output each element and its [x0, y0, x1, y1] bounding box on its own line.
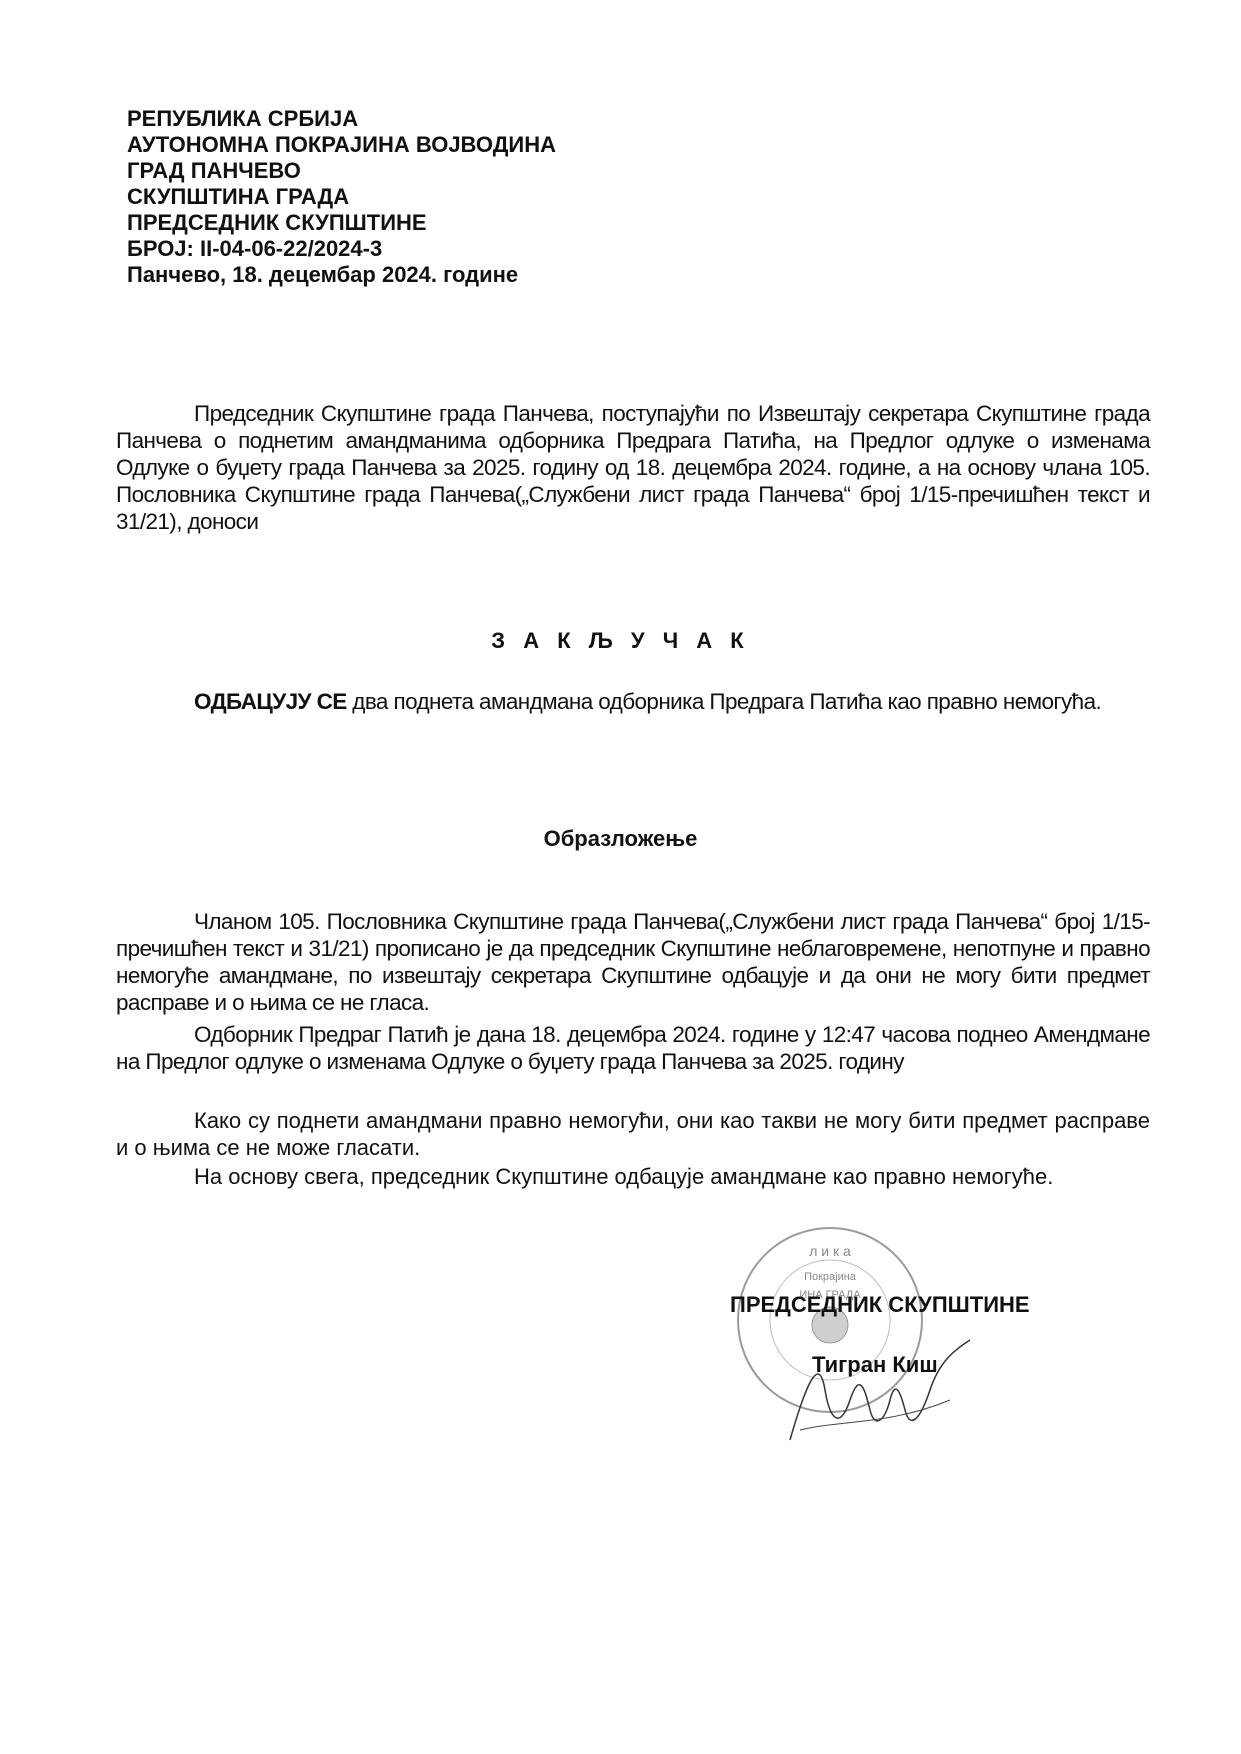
svg-text:Покрајина: Покрајина — [804, 1271, 857, 1283]
reasoning-paragraph-4: На основу свега, председник Скупштине од… — [116, 1163, 1150, 1190]
handwritten-signature-icon — [780, 1330, 980, 1450]
document-header: РЕПУБЛИКА СРБИЈА АУТОНОМНА ПОКРАЈИНА ВОЈ… — [127, 106, 556, 288]
header-line-number: БРОЈ: II-04-06-22/2024-3 — [127, 236, 556, 262]
conclusion-paragraph: ОДБАЦУЈУ СЕ два поднета амандмана одборн… — [116, 688, 1150, 715]
header-line-president: ПРЕДСЕДНИК СКУПШТИНЕ — [127, 210, 556, 236]
header-line-province: АУТОНОМНА ПОКРАЈИНА ВОЈВОДИНА — [127, 132, 556, 158]
svg-text:л и к а: л и к а — [809, 1243, 851, 1259]
conclusion-text: два поднета амандмана одборника Предрага… — [347, 689, 1101, 714]
reasoning-paragraph-1: Чланом 105. Пословника Скупштине града П… — [116, 908, 1150, 1016]
header-line-date: Панчево, 18. децембар 2024. године — [127, 262, 556, 288]
conclusion-title: З А К Љ У Ч А К — [0, 628, 1241, 654]
signature-role: ПРЕДСЕДНИК СКУПШТИНЕ — [730, 1292, 1030, 1318]
reasoning-paragraph-3: Како су поднети амандмани правно немогућ… — [116, 1107, 1150, 1161]
reasoning-paragraph-2: Одборник Предраг Патић је дана 18. децем… — [116, 1021, 1150, 1075]
header-line-city: ГРАД ПАНЧЕВО — [127, 158, 556, 184]
header-line-country: РЕПУБЛИКА СРБИЈА — [127, 106, 556, 132]
intro-paragraph: Председник Скупштине града Панчева, пост… — [116, 400, 1150, 535]
reasoning-title: Образложење — [0, 826, 1241, 852]
document-page: РЕПУБЛИКА СРБИЈА АУТОНОМНА ПОКРАЈИНА ВОЈ… — [0, 0, 1241, 1754]
header-line-assembly: СКУПШТИНА ГРАДА — [127, 184, 556, 210]
conclusion-bold-lead: ОДБАЦУЈУ СЕ — [194, 689, 347, 714]
